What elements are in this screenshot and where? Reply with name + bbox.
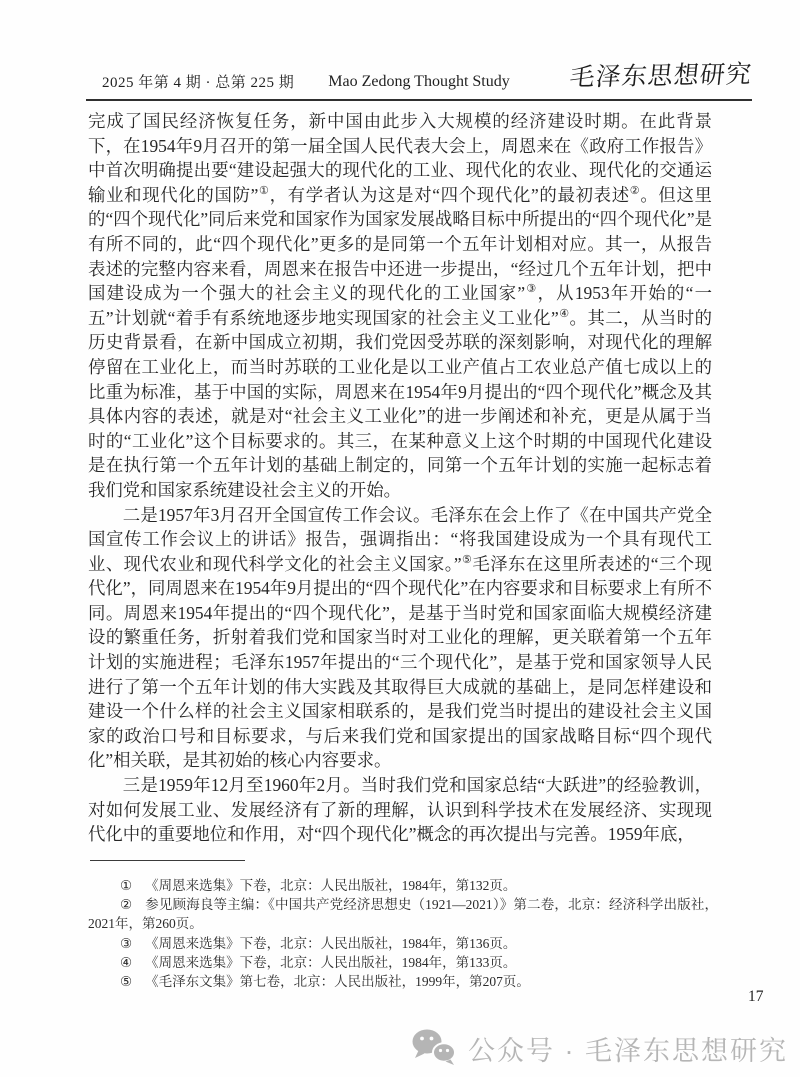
footnote-item: ②参见顾海良等主编：《中国共产党经济思想史（1921—2021）》第二卷，北京：… [88,895,718,933]
journal-logo-calligraphy: 毛泽东思想研究 [568,54,754,93]
article-body: 完成了国民经济恢复任务，新中国由此步入大规模的经济建设时期。在此背景下，在195… [88,109,712,847]
footnotes-list: ①《周恩来选集》下卷，北京：人民出版社，1984年，第132页。②参见顾海良等主… [88,876,718,991]
footnote-text: 《周恩来选集》下卷，北京：人民出版社，1984年，第132页。 [145,878,516,893]
footnote-item: ①《周恩来选集》下卷，北京：人民出版社，1984年，第132页。 [88,876,718,895]
issue-info: 2025 年第 4 期 · 总第 225 期 [86,71,294,92]
footnote-ref: ④ [559,308,570,320]
footnote-text: 参见顾海良等主编：《中国共产党经济思想史（1921—2021）》第二卷，北京：经… [88,897,718,931]
footnote-marker: ③ [120,936,132,951]
footnote-item: ③《周恩来选集》下卷，北京：人民出版社，1984年，第136页。 [88,934,718,953]
page-number: 17 [748,988,764,1006]
footnote-ref: ② [630,185,641,197]
footnote-item: ⑤《毛泽东文集》第七卷，北京：人民出版社，1999年，第207页。 [88,972,718,991]
footnote-ref: ③ [525,283,537,295]
journal-page: 2025 年第 4 期 · 总第 225 期 Mao Zedong Though… [0,0,800,1077]
footnote-item: ④《周恩来选集》下卷，北京：人民出版社，1984年，第133页。 [88,953,718,972]
body-paragraph: 二是1957年3月召开全国宣传工作会议。毛泽东在会上作了《在中国共产党全国宣传工… [88,503,712,774]
footnote-text: 《周恩来选集》下卷，北京：人民出版社，1984年，第136页。 [145,936,516,951]
footnote-marker: ④ [120,955,132,970]
wechat-icon [410,1027,458,1069]
body-paragraph: 完成了国民经济恢复任务，新中国由此步入大规模的经济建设时期。在此背景下，在195… [88,109,712,503]
footnote-marker: ⑤ [120,974,132,989]
footnote-marker: ② [120,897,132,912]
wechat-account-label: 公众号 · 毛泽东思想研究 [468,1029,788,1068]
footnote-divider [90,860,245,861]
footnote-marker: ① [120,878,132,893]
footnote-text: 《周恩来选集》下卷，北京：人民出版社，1984年，第133页。 [145,955,516,970]
footnote-ref: ⑤ [462,554,473,566]
footnote-text: 《毛泽东文集》第七卷，北京：人民出版社，1999年，第207页。 [145,974,530,989]
wechat-footer: 公众号 · 毛泽东思想研究 [410,1024,788,1072]
body-paragraph: 三是1959年12月至1960年2月。当时我们党和国家总结“大跃进”的经验教训，… [88,773,712,847]
footnote-ref: ① [258,185,269,197]
page-header: 2025 年第 4 期 · 总第 225 期 Mao Zedong Though… [86,56,752,101]
